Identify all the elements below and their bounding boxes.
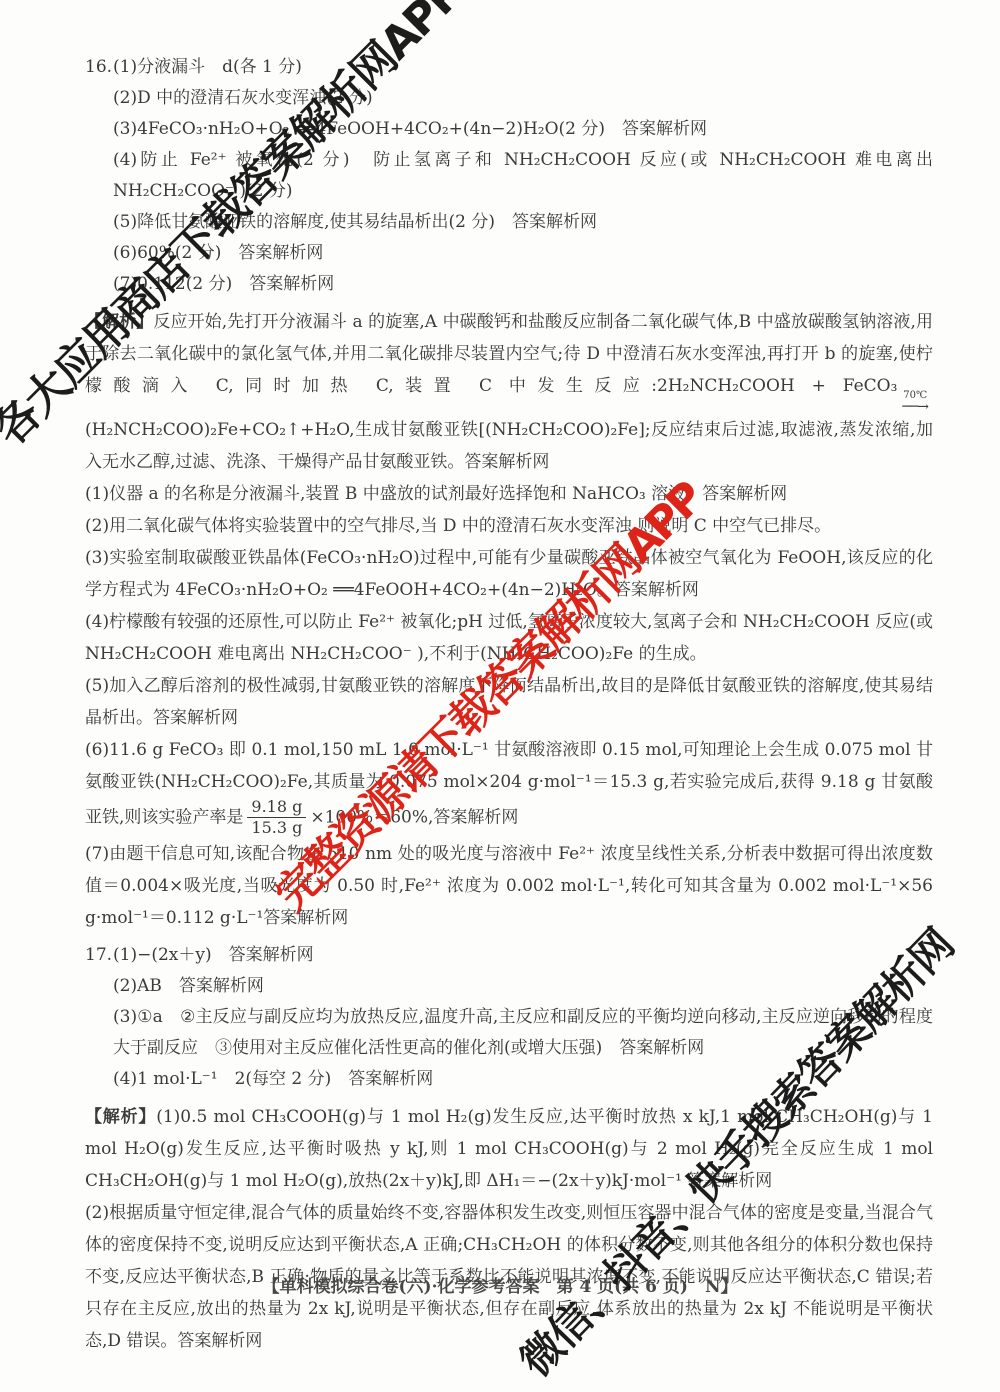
q16-answer-6: (6)60%(2 分) 答案解析网 (85, 238, 933, 269)
q16-analysis-item-6: (6)11.6 g FeCO₃ 即 0.1 mol,150 mL 1.0 mol… (85, 734, 933, 838)
q16-item6-text-2: ×100%＝60%,答案解析网 (310, 807, 518, 827)
q16-analysis-item-5: (5)加入乙醇后溶剂的极性减弱,甘氨酸亚铁的溶解度下降而结晶析出,故目的是降低甘… (85, 670, 933, 734)
fraction-denominator: 15.3 g (251, 818, 302, 837)
q16-answer-4: (4)防止 Fe²⁺ 被氧化(2 分) 防止氢离子和 NH₂CH₂COOH 反应… (85, 145, 933, 207)
reaction-arrow-icon: ──→ (902, 401, 928, 414)
q16-analysis-intro-text: 反应开始,先打开分液漏斗 a 的旋塞,A 中碳酸钙和盐酸反应制备二氧化碳气体,B… (85, 312, 933, 396)
q17-answer-3: (3)①a ②主反应与副反应均为放热反应,温度升高,主反应和副反应的平衡均逆向移… (85, 1002, 933, 1064)
analysis-label: 【解析】 (85, 312, 153, 332)
q16-analysis-item-2: (2)用二氧化碳气体将实验装置中的空气排尽,当 D 中的澄清石灰水变浑浊,则说明… (85, 510, 933, 542)
q16-analysis-item-3: (3)实验室制取碳酸亚铁晶体(FeCO₃·nH₂O)过程中,可能有少量碳酸亚铁晶… (85, 542, 933, 606)
q17-answer-block: 17.(1)−(2x＋y) 答案解析网 (2)AB 答案解析网 (3)①a ②主… (85, 940, 933, 1095)
q17-analysis-item-1: 【解析】(1)0.5 mol CH₃COOH(g)与 1 mol H₂(g)发生… (85, 1101, 933, 1197)
fraction-numerator: 9.18 g (247, 798, 306, 818)
q16-answer-block: 16.(1)分液漏斗 d(各 1 分) (2)D 中的澄清石灰水变浑浊(2 分)… (85, 52, 933, 300)
q17-question-number: 17. (85, 940, 113, 971)
page-content: 16.(1)分液漏斗 d(各 1 分) (2)D 中的澄清石灰水变浑浊(2 分)… (85, 52, 933, 1357)
q17-answer-line-1: 17.(1)−(2x＋y) 答案解析网 (85, 940, 933, 971)
q17-answer-4: (4)1 mol·L⁻¹ 2(每空 2 分) 答案解析网 (85, 1064, 933, 1095)
q16-answer-7: (7)0.112(2 分) 答案解析网 (85, 269, 933, 300)
yield-fraction: 9.18 g15.3 g (247, 798, 306, 838)
q17-answer-2: (2)AB 答案解析网 (85, 971, 933, 1002)
q16-answer-5: (5)降低甘氨酸亚铁的溶解度,使其易结晶析出(2 分) 答案解析网 (85, 207, 933, 238)
exam-answer-page: 16.(1)分液漏斗 d(各 1 分) (2)D 中的澄清石灰水变浑浊(2 分)… (0, 0, 1000, 1392)
q16-analysis-item-7: (7)由题干信息可知,该配合物在 510 nm 处的吸光度与溶液中 Fe²⁺ 浓… (85, 838, 933, 934)
q16-answer-3: (3)4FeCO₃·nH₂O+O₂ ══4FeOOH+4CO₂+(4n−2)H₂… (85, 114, 933, 145)
q16-answer-1: (1)分液漏斗 d(各 1 分) (113, 57, 302, 77)
q16-analysis-intro: 【解析】反应开始,先打开分液漏斗 a 的旋塞,A 中碳酸钙和盐酸反应制备二氧化碳… (85, 306, 933, 478)
q17-analysis-text-1: (1)0.5 mol CH₃COOH(g)与 1 mol H₂(g)发生反应,达… (85, 1107, 933, 1191)
reaction-condition-arrow: 70℃──→ (902, 390, 928, 414)
q16-analysis-intro-text-2: (H₂NCH₂COO)₂Fe+CO₂↑+H₂O,生成甘氨酸亚铁[(NH₂CH₂C… (85, 420, 933, 472)
q17-answer-1: (1)−(2x＋y) 答案解析网 (113, 945, 314, 965)
analysis-label: 【解析】 (85, 1107, 156, 1127)
q16-analysis-item-4: (4)柠檬酸有较强的还原性,可以防止 Fe²⁺ 被氧化;pH 过低,氢离子浓度较… (85, 606, 933, 670)
q16-answer-2: (2)D 中的澄清石灰水变浑浊(2 分) (85, 83, 933, 114)
q16-analysis-item-1: (1)仪器 a 的名称是分液漏斗,装置 B 中盛放的试剂最好选择饱和 NaHCO… (85, 478, 933, 510)
q16-answer-line-1: 16.(1)分液漏斗 d(各 1 分) (85, 52, 933, 83)
q16-question-number: 16. (85, 52, 113, 83)
page-footer: 【单科模拟综合卷(六)·化学参考答案 第 4 页(共 6 页) N】 (0, 1272, 1000, 1297)
